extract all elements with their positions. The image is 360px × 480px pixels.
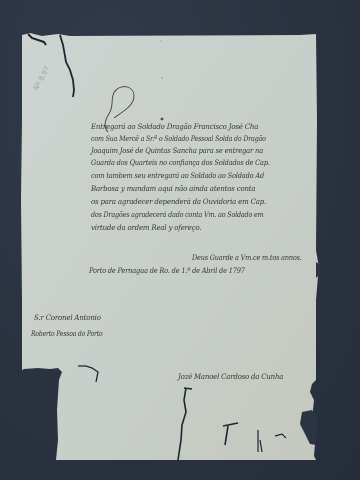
- addressee-line-1: S.r Coronel Antonio: [34, 313, 101, 322]
- paper-sheet-shape: [0, 0, 360, 480]
- closing-salutation: Deus Guarde a Vm.ce m.tos annos.: [192, 253, 302, 262]
- body-line-5: com tambem seu entregará ao Soldado ao S…: [91, 170, 264, 182]
- body-line-6: Barbosa y mandam aqui não ainda atentos …: [91, 183, 255, 195]
- body-line-3: Joaquim José de Quintas Sancha para se e…: [91, 145, 263, 157]
- body-line-4: Guarda dos Quarteis no confiança dos Sol…: [91, 157, 270, 169]
- body-line-2: com Sua Mercê a Sr.ª o Soldado Pessoal S…: [91, 133, 266, 145]
- body-line-8: dos Dragões agradecerá dado conta Vm. ao…: [91, 209, 264, 221]
- body-line-9: virtude da ordem Real y ofereço.: [91, 222, 201, 234]
- manuscript-page: [0, 0, 360, 480]
- addressee-line-2: Roberto Pessoa do Porto: [31, 329, 103, 338]
- body-line-7: os para agradecer dependerá da Ouvidoria…: [91, 196, 266, 208]
- signature: Jozé Manoel Cardoso da Cunha: [178, 372, 283, 381]
- body-line-1: Entregará ao Soldado Dragão Francisco Jo…: [91, 121, 258, 133]
- closing-place-date: Porto de Pernagua de Ro. de 1.º de Abril…: [89, 266, 245, 275]
